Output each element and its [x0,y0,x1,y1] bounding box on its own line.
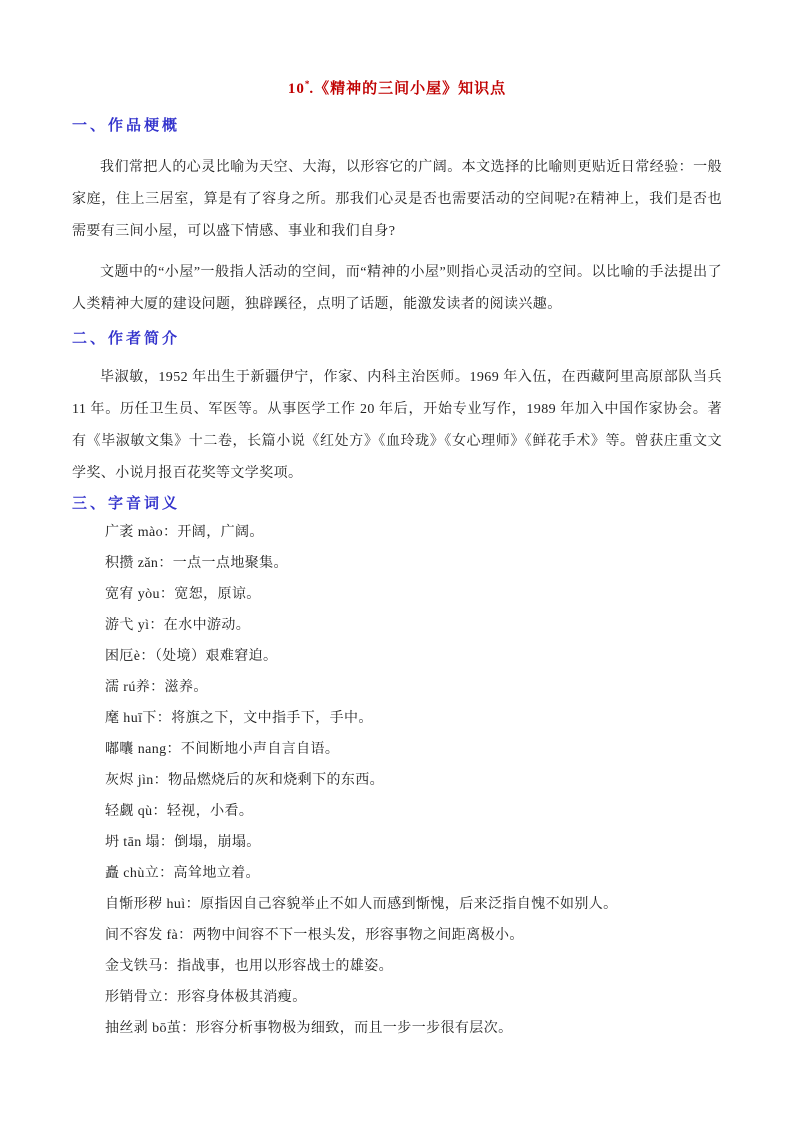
author-paragraph: 毕淑敏，1952 年出生于新疆伊宁，作家、内科主治医师。1969 年入伍，在西藏… [72,362,722,490]
vocab-entry-jingetiema: 金戈铁马：指战事，也用以形容战士的雄姿。 [72,951,722,982]
vocab-entry-dunang: 嘟囔 nang：不间断地小声自言自语。 [72,734,722,765]
vocab-entry-qingqu: 轻觑 qù：轻视，小看。 [72,796,722,827]
vocab-entry-zicanxinghui: 自惭形秽 huì：原指因自己容貌举止不如人而感到惭愧，后来泛指自愧不如别人。 [72,889,722,920]
vocab-entry-tanta: 坍 tān 塌：倒塌，崩塌。 [72,827,722,858]
vocab-entry-xingxiaoguli: 形销骨立：形容身体极其消瘦。 [72,982,722,1013]
title-text: .《精神的三间小屋》知识点 [309,81,506,97]
vocab-entry-kuanyou: 宽宥 yòu：宽恕，原谅。 [72,579,722,610]
vocab-entry-jizan: 积攒 zǎn：一点一点地聚集。 [72,548,722,579]
vocab-entry-guangmao: 广袤 mào：开阔，广阔。 [72,517,722,548]
overview-paragraph-2: 文题中的“小屋”一般指人活动的空间，而“精神的小屋”则指心灵活动的空间。以比喻的… [72,257,722,321]
section-heading-author: 二、作者简介 [72,328,722,350]
vocab-entry-kune: 困厄è：（处境）艰难窘迫。 [72,641,722,672]
vocab-entry-chousibojian: 抽丝剥 bō茧：形容分析事物极为细致，而且一步一步很有层次。 [72,1013,722,1044]
overview-paragraph-1: 我们常把人的心灵比喻为天空、大海，以形容它的广阔。本文选择的比喻则更贴近日常经验… [72,152,722,248]
document-title: 10*.《精神的三间小屋》知识点 [72,74,722,99]
vocab-entry-chuli: 矗 chù立：高耸地立着。 [72,858,722,889]
vocab-entry-huijin: 灰烬 jìn：物品燃烧后的灰和烧剩下的东西。 [72,765,722,796]
document-page: 10*.《精神的三间小屋》知识点 一、作品梗概 我们常把人的心灵比喻为天空、大海… [0,0,793,1122]
title-lesson-number: 10 [288,81,305,97]
vocab-entry-jianburongfa: 间不容发 fà：两物中间容不下一根头发，形容事物之间距离极小。 [72,920,722,951]
vocab-entry-ruyang: 濡 rú养：滋养。 [72,672,722,703]
section-heading-overview: 一、作品梗概 [72,115,722,137]
vocab-entry-huixia: 麾 huī下：将旗之下，文中指手下，手中。 [72,703,722,734]
vocabulary-list: 广袤 mào：开阔，广阔。 积攒 zǎn：一点一点地聚集。 宽宥 yòu：宽恕，… [72,517,722,1044]
section-heading-vocabulary: 三、字音词义 [72,493,722,515]
vocab-entry-youyi: 游弋 yì：在水中游动。 [72,610,722,641]
